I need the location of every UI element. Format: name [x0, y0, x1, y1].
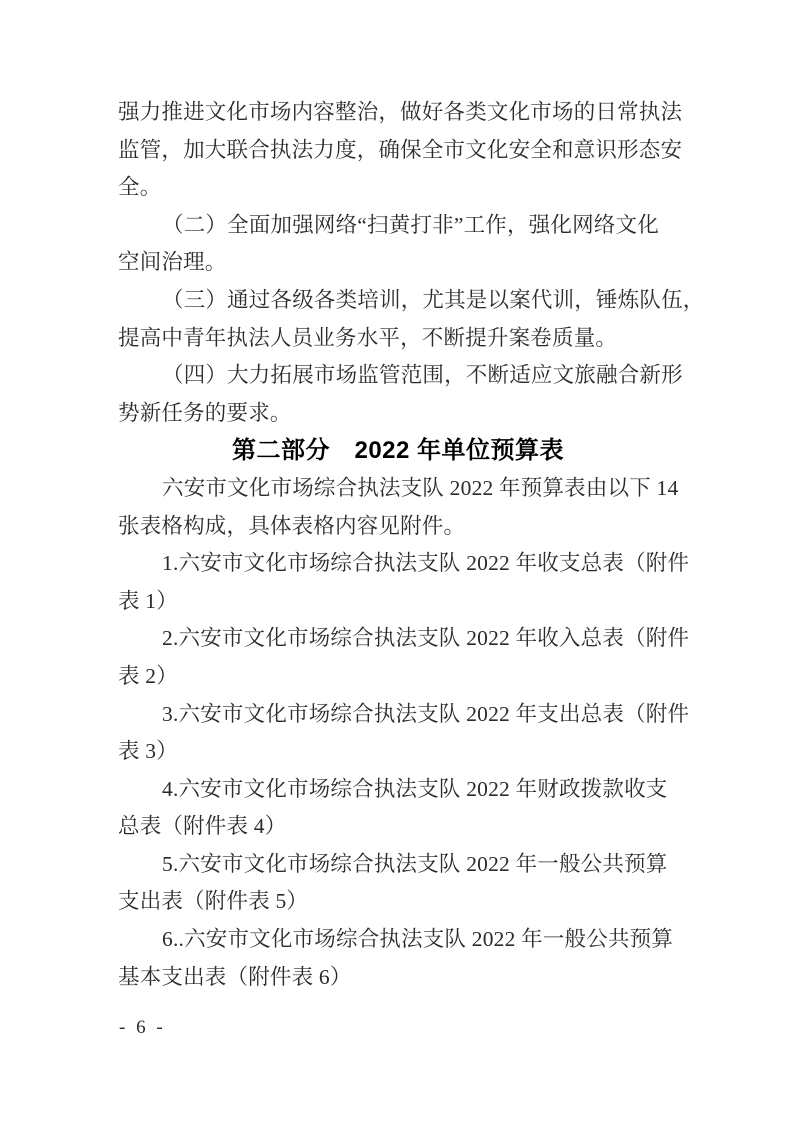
body-text-line: 六安市文化市场综合执法支队 2022 年预算表由以下 14	[118, 470, 678, 508]
body-text-line: （四）大力拓展市场监管范围，不断适应文旅融合新形	[118, 357, 678, 395]
body-text-line: （二）全面加强网络“扫黄打非”工作，强化网络文化	[118, 207, 678, 245]
budget-table-list-item: 基本支出表（附件表 6）	[118, 959, 678, 997]
body-text-line: 提高中青年执法人员业务水平，不断提升案卷质量。	[118, 320, 678, 358]
budget-table-list-item: 表 2）	[118, 658, 678, 696]
body-text-line: （三）通过各级各类培训，尤其是以案代训，锤炼队伍，	[118, 282, 678, 320]
budget-table-list-item: 2.六安市文化市场综合执法支队 2022 年收入总表（附件	[118, 620, 678, 658]
document-page: 强力推进文化市场内容整治，做好各类文化市场的日常执法 监管，加大联合执法力度，确…	[0, 0, 793, 1122]
budget-table-list-item: 3.六安市文化市场综合执法支队 2022 年支出总表（附件	[118, 696, 678, 734]
body-text-line: 势新任务的要求。	[118, 395, 678, 433]
budget-table-list-item: 5.六安市文化市场综合执法支队 2022 年一般公共预算	[118, 846, 678, 884]
body-text-line: 监管，加大联合执法力度，确保全市文化安全和意识形态安	[118, 132, 678, 170]
body-text-line: 全。	[118, 169, 678, 207]
body-text-line: 张表格构成，具体表格内容见附件。	[118, 508, 678, 546]
budget-table-list-item: 总表（附件表 4）	[118, 808, 678, 846]
budget-table-list-item: 表 3）	[118, 733, 678, 771]
budget-table-list-item: 4.六安市文化市场综合执法支队 2022 年财政拨款收支	[118, 771, 678, 809]
body-text-line: 强力推进文化市场内容整治，做好各类文化市场的日常执法	[118, 94, 678, 132]
page-number: - 6 -	[119, 1015, 166, 1041]
section-heading: 第二部分 2022 年单位预算表	[118, 432, 678, 470]
body-text-line: 空间治理。	[118, 244, 678, 282]
document-body: 强力推进文化市场内容整治，做好各类文化市场的日常执法 监管，加大联合执法力度，确…	[118, 94, 678, 996]
budget-table-list-item: 支出表（附件表 5）	[118, 883, 678, 921]
budget-table-list-item: 6..六安市文化市场综合执法支队 2022 年一般公共预算	[118, 921, 678, 959]
budget-table-list-item: 1.六安市文化市场综合执法支队 2022 年收支总表（附件	[118, 545, 678, 583]
budget-table-list-item: 表 1）	[118, 583, 678, 621]
